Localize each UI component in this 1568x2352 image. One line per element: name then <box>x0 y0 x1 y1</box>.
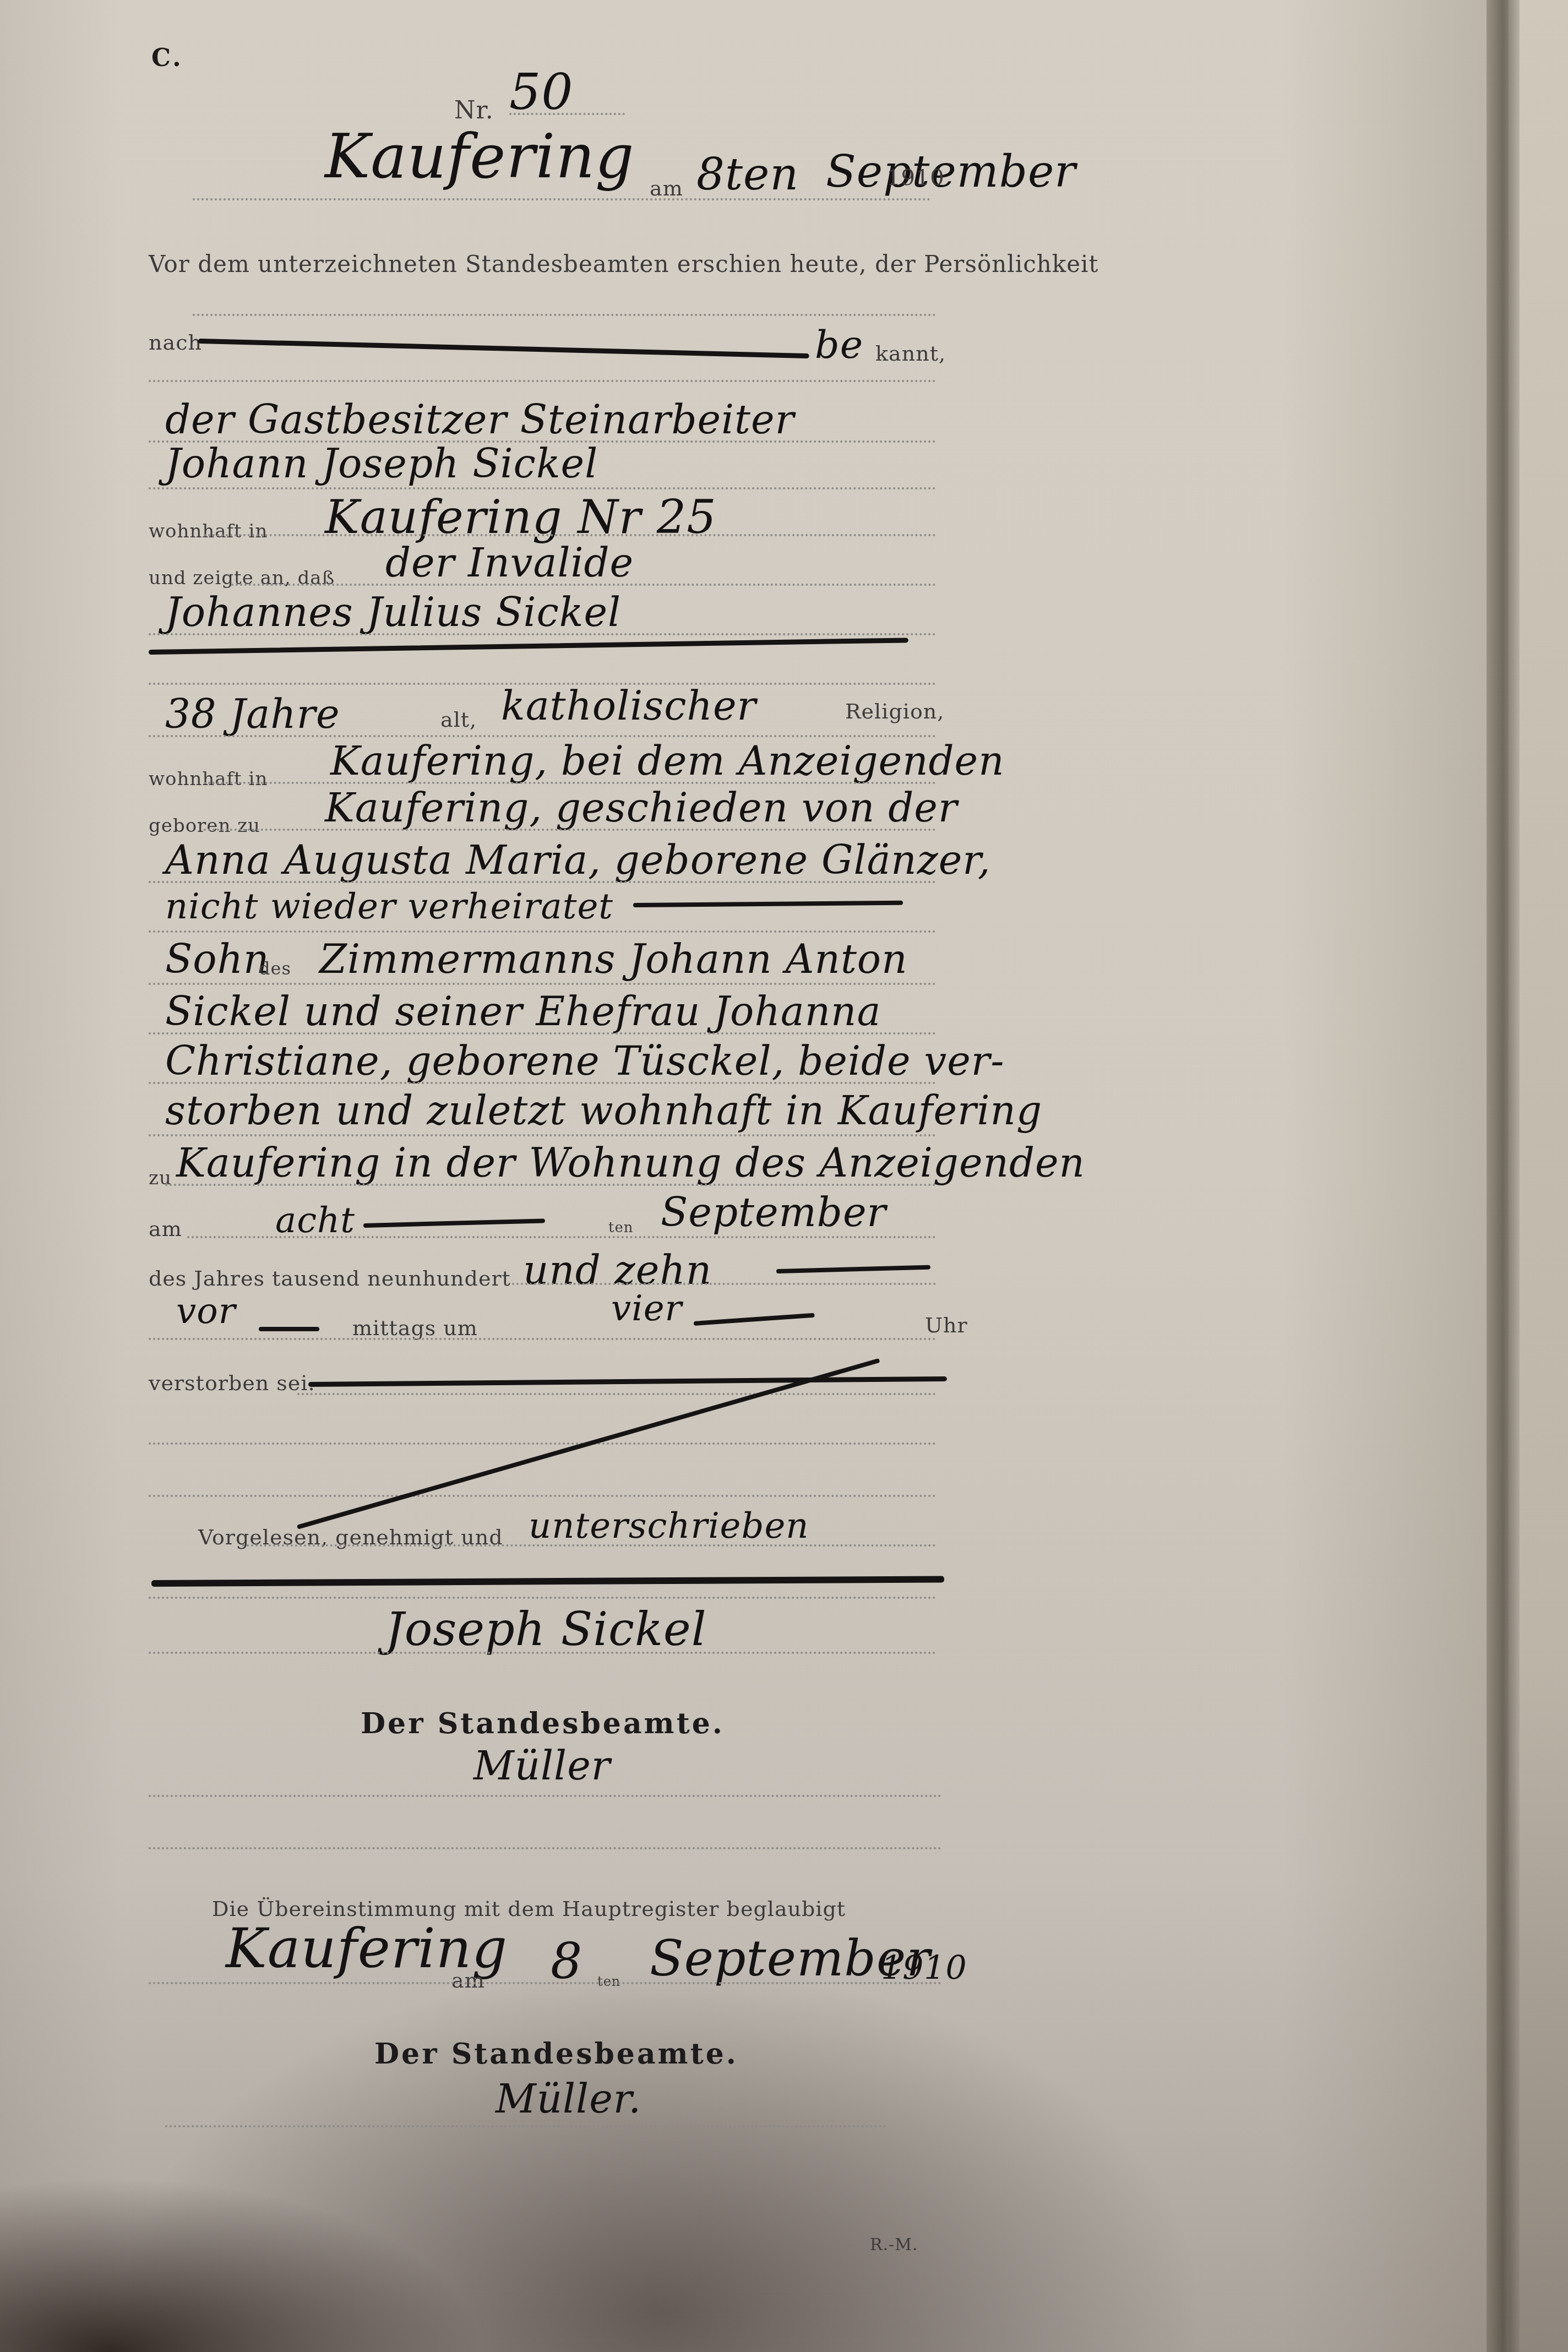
parents-line2: Sickel und seiner Ehefrau Johanna <box>165 988 881 1035</box>
read-value: unterschrieben <box>529 1506 809 1547</box>
known-suffix-hand: be <box>815 322 863 367</box>
rule <box>204 534 936 536</box>
time-value: vier <box>611 1288 682 1329</box>
rule <box>149 930 936 933</box>
registrar-title: Der Standesbeamte. <box>361 1707 725 1740</box>
age-label: alt, <box>440 707 477 732</box>
death-day-value: acht <box>275 1200 355 1241</box>
time-unit: Uhr <box>925 1313 968 1337</box>
rule <box>149 1032 936 1035</box>
rule <box>149 1338 936 1340</box>
cert-day-suffix: ten <box>597 1974 620 1989</box>
residence-label: wohnhaft in <box>149 520 268 542</box>
rule <box>149 1847 941 1849</box>
rule <box>149 1982 941 1984</box>
rule <box>512 1283 936 1285</box>
informant-signature: Joseph Sickel <box>385 1602 707 1656</box>
death-place-value: Kaufering in der Wohnung des Anzeigenden <box>176 1140 1085 1186</box>
born-value: Kaufering, geschieden von der <box>325 785 957 831</box>
year-value: und zehn <box>523 1247 712 1293</box>
place-handwritten: Kaufering <box>325 121 634 192</box>
rule <box>149 1652 936 1654</box>
cert-registrar-signature: Müller. <box>496 2076 641 2122</box>
parents-line4: storben und zuletzt wohnhaft in Kauferin… <box>165 1087 1042 1134</box>
rule <box>149 1795 941 1797</box>
cert-registrar-title: Der Standesbeamte. <box>374 2037 738 2071</box>
rule <box>165 2125 886 2127</box>
rule <box>187 1236 936 1238</box>
known-suffix: kannt, <box>875 341 946 366</box>
time-label: mittags um <box>352 1316 478 1340</box>
rule <box>165 1184 936 1186</box>
rule <box>242 1544 936 1547</box>
adjacent-page-edge <box>1520 0 1568 2352</box>
death-month-value: September <box>661 1189 886 1235</box>
death-place-label: zu <box>149 1167 172 1189</box>
strike-line <box>259 1327 319 1331</box>
footer-mark: R.-M. <box>870 2235 918 2255</box>
parents-line1-a: Sohn <box>165 936 269 982</box>
reported-line1: der Invalide <box>385 540 634 586</box>
rule <box>204 829 936 831</box>
deceased-residence-label: wohnhaft in <box>149 768 268 790</box>
registrar-signature: Müller <box>473 1743 611 1789</box>
strike-line <box>694 1313 815 1326</box>
year-label: des Jahres tausend neunhundert <box>149 1266 511 1291</box>
rule <box>149 1442 936 1445</box>
religion-value: katholischer <box>501 683 756 729</box>
parents-line3: Christiane, geborene Tüsckel, beide ver- <box>165 1038 1005 1084</box>
rule <box>149 633 936 635</box>
rule <box>149 487 936 489</box>
rule <box>149 1597 936 1599</box>
rule <box>509 113 625 115</box>
died-label: verstorben sei. <box>149 1371 315 1395</box>
rule <box>204 782 936 784</box>
time-prefix-value: vor <box>176 1291 236 1332</box>
deceased-residence-value: Kaufering, bei dem Anzeigenden <box>330 738 1005 784</box>
death-day-suffix: ten <box>608 1219 634 1236</box>
death-day-label: am <box>149 1217 182 1241</box>
reported-label: und zeigte an, daß <box>149 567 335 589</box>
rule <box>193 314 936 316</box>
parents-line1-label: des <box>259 958 291 979</box>
form-code: C. <box>151 44 183 72</box>
divider-line <box>151 1576 944 1587</box>
rule <box>149 380 936 382</box>
strike-line <box>776 1265 930 1273</box>
parents-line1-b: Zimmermanns Johann Anton <box>319 936 908 982</box>
register-page: C. Nr. 50 Kaufering am 8ten September 19… <box>0 0 1509 2352</box>
age-value: 38 Jahre <box>165 691 340 737</box>
rule <box>149 881 936 883</box>
religion-label: Religion, <box>845 699 944 723</box>
strike-line <box>198 339 809 358</box>
informant-line2: Johann Joseph Sickel <box>165 440 598 487</box>
book-gutter <box>1487 0 1520 2352</box>
rule <box>231 584 936 586</box>
rule <box>149 1134 936 1136</box>
date-year: 1910 <box>886 165 945 190</box>
spouse-line: Anna Augusta Maria, geborene Glänzer, <box>165 837 991 883</box>
record-number-label: Nr. <box>454 96 494 124</box>
rule <box>149 983 936 985</box>
date-day: 8ten <box>696 149 799 200</box>
cert-date-label: am <box>451 1968 485 1992</box>
rule <box>149 1495 936 1497</box>
informant-line1: der Gastbesitzer Steinarbeiter <box>165 396 794 443</box>
rule <box>193 198 930 200</box>
strike-line <box>363 1218 545 1228</box>
reported-line2: Johannes Julius Sickel <box>165 589 621 635</box>
rule <box>149 1082 936 1084</box>
strike-line <box>149 638 908 655</box>
date-month: September <box>826 146 1076 197</box>
intro-text: Vor dem unterzeichneten Standesbeamten e… <box>149 251 1098 277</box>
known-prefix: nach <box>149 330 202 355</box>
date-label: am <box>650 176 683 200</box>
strike-line <box>308 1376 947 1387</box>
rule <box>149 735 936 737</box>
rule <box>297 1393 936 1395</box>
born-label: geboren zu <box>149 815 260 837</box>
remarried-line: nicht wieder verheiratet <box>165 886 613 927</box>
shadow <box>0 2147 606 2352</box>
strike-line <box>633 901 903 907</box>
